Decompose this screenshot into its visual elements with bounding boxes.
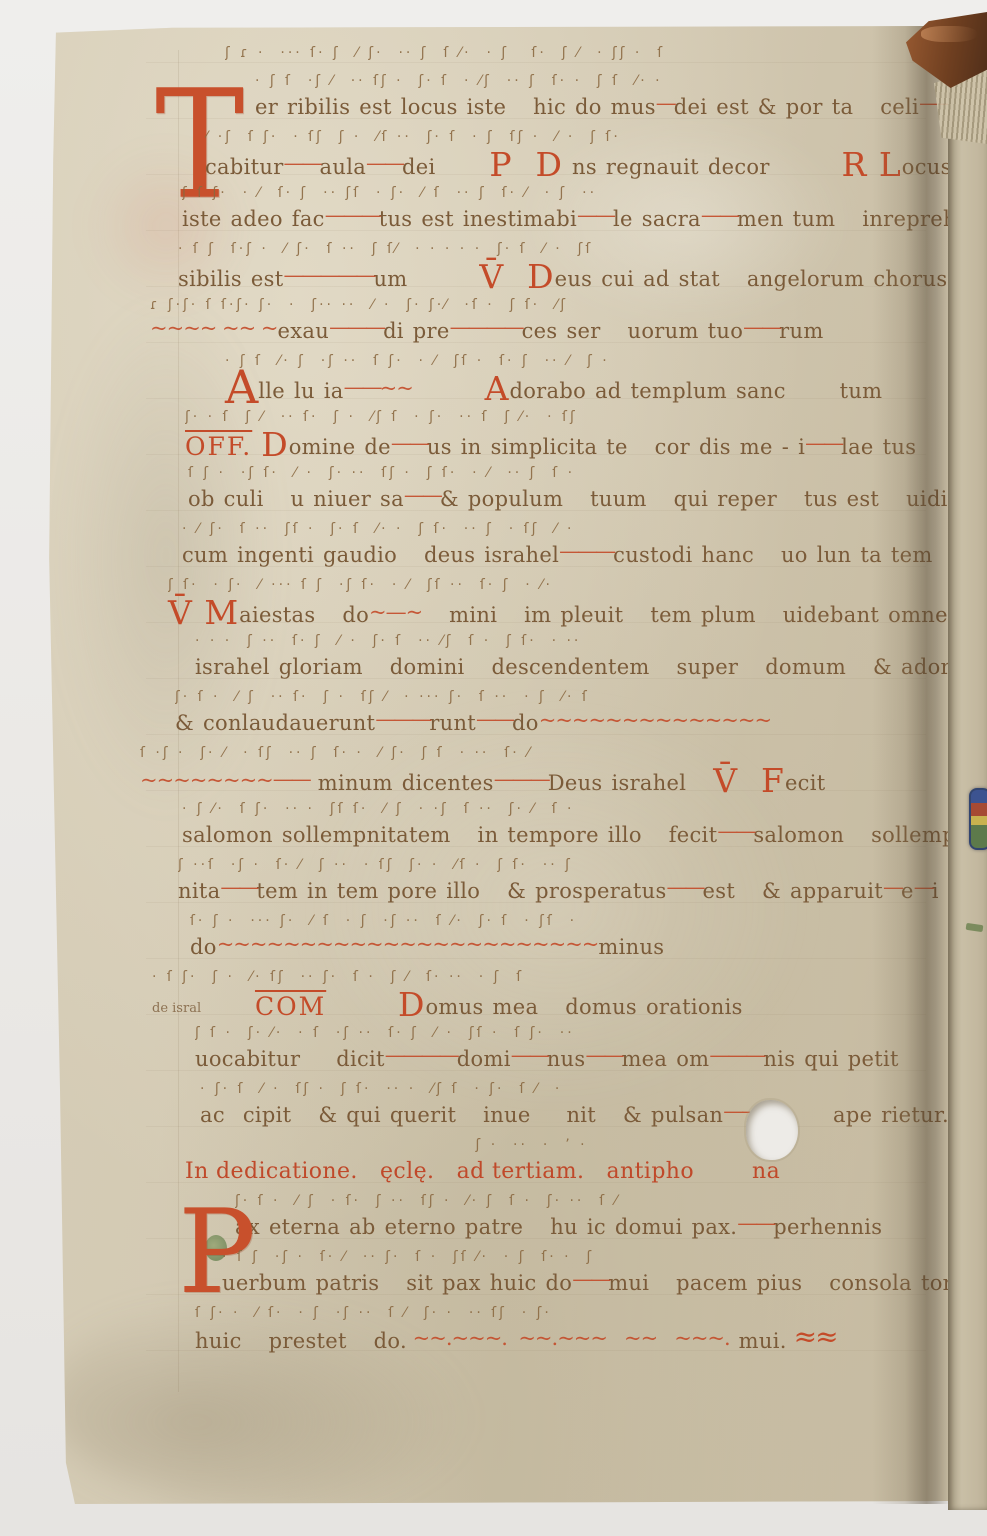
chant-text: domi (457, 1047, 511, 1071)
gutter-shadow (872, 26, 950, 1504)
filler-line: —— (572, 1267, 608, 1291)
filler-line: —— (404, 483, 440, 507)
filler-line: ———— (450, 315, 522, 339)
neume-row: · · · ʃ ·· ſ· ʃ ⁄ · ʃ· ſ ·· ⁄ʃ ſ · ʃ ſ· … (195, 630, 901, 652)
filler-line: ——— (375, 707, 429, 731)
chant-line: · ſ ʃ· ʃ · ⁄· ſʃ ·· ʃ· ſ · ʃ ⁄ ſ· ·· · ʃ… (152, 966, 901, 1022)
rubric-capital: V̄ F (713, 761, 785, 800)
facing-page-edge (948, 32, 987, 1510)
filler-line: —— (220, 875, 256, 899)
rubric-abbreviation: OFF. (185, 432, 252, 461)
rubric-capital: D (261, 425, 288, 464)
neume-row: · ʃ ſ ⁄· ʃ ·ʃ ·· ſ ʃ· · ⁄ ʃſ · ſ· ʃ ·· ⁄… (225, 350, 901, 372)
chant-text: ax eterna ab eterno patre hu ic domui pa… (235, 1215, 737, 1239)
filler-line: ————— (283, 263, 373, 287)
chant-text: omus mea domus orationis (425, 995, 742, 1019)
chant-text: tus est inestimabi (379, 207, 577, 231)
chant-line: · · · ʃ ·· ſ· ʃ ⁄ · ʃ· ſ ·· ⁄ʃ ſ · ʃ ſ· … (195, 630, 901, 686)
chant-text: nita (178, 879, 220, 903)
chant-text: ac cipit & qui querit inue nit & pulsan (200, 1103, 723, 1127)
word-row: Ter ribilis est locus iste hic do mus—de… (255, 92, 901, 126)
chant-text: sibilis est (178, 267, 283, 291)
neume-row: ʃ ſ ʃ· · ⁄ ſ· ʃ ·· ʃſ · ʃ· ⁄ ſ ·· ʃ ſ· ⁄… (182, 182, 901, 204)
chant-text: israhel gloriam domini descendentem supe… (195, 655, 987, 679)
rubric-text: In dedicatione. ęclę. ad tertiam. antiph… (185, 1159, 694, 1184)
chant-text: aiestas do (239, 603, 369, 627)
word-row: In dedicatione. ęclę. ad tertiam. antiph… (185, 1156, 901, 1190)
filler-line: ——— (709, 1043, 763, 1067)
neume-row: · ʃ· ſ ⁄ · ſʃ · ʃ ſ· ·· · ⁄ʃ ſ · ʃ· ſ ⁄ … (200, 1078, 901, 1100)
chant-line: · ʃ ſ ⁄· ʃ ·ʃ ·· ſ ʃ· · ⁄ ʃſ · ſ· ʃ ·· ⁄… (225, 350, 901, 406)
neume-row: ʃ ſ · ʃ· ⁄· · ſ ·ʃ ·· ſ· ʃ ⁄ · ʃſ · ſ ʃ·… (195, 1022, 901, 1044)
chant-line: ⁄ ·ʃ ſ ʃ· · ſʃ ʃ · ⁄ſ ·· ʃ· ſ · ʃ ſʃ · ⁄… (205, 126, 901, 182)
filler-line: ——— (325, 203, 379, 227)
filler-line: —— (737, 1211, 773, 1235)
wavy-filler: ~~~~~~~~ (140, 768, 273, 792)
word-row: V̄ Maiestas do~—~ mini im pleuit tem plu… (168, 596, 901, 630)
chant-line: · ⁄ ʃ· ſ ·· ʃſ · ʃ· ſ ⁄· · ʃ ſ· ·· ʃ · ſ… (182, 518, 901, 574)
filler-line: —— (805, 431, 841, 455)
flourish-mark: ≈≈ (787, 1320, 837, 1353)
rubric-capital: V̄ M (168, 593, 239, 632)
word-row: Pax eterna ab eterno patre hu ic domui p… (235, 1212, 901, 1246)
filler-line: —— (701, 203, 737, 227)
filler-line: — (656, 91, 674, 115)
word-row: do~~~~~~~~~~~~~~~~~~~~~~~minus (190, 932, 901, 966)
chant-line: ſ ʃ · ·ʃ ſ· ⁄ · ʃ· ·· ſʃ · ʃ ſ· · ⁄ ·· ʃ… (188, 462, 901, 518)
neume-row: ʃ· ſ · ⁄ ʃ ·· ſ· ʃ · ſʃ ⁄ · ··· ʃ· ſ ·· … (175, 686, 901, 708)
chant-text (326, 995, 398, 1019)
chant-text: tem in tem pore illo & prosperatus (256, 879, 666, 903)
chant-text: cabitur (205, 155, 284, 179)
chant-text: do (190, 935, 217, 959)
chant-line: ɾ ʃ·ʃ· ſ ſ·ʃ· ʃ· · ʃ·· ·· ⁄ · ʃ· ʃ·⁄ ·ſ … (150, 294, 901, 350)
chant-text: dorabo ad templum sanc tum (509, 379, 882, 403)
filler-line: —— (577, 203, 613, 227)
word-row: OFF. Domine de——us in simplicita te cor … (185, 428, 901, 462)
word-row: ~~~~~~~~—— minum dicentes———Deus israhel… (140, 764, 901, 798)
chant-text: aula (320, 155, 366, 179)
chant-line: ʃ· ſ · ⁄ ʃ ·· ſ· ʃ · ſʃ ⁄ · ··· ʃ· ſ ·· … (175, 686, 901, 742)
filler-line: —— (585, 1043, 621, 1067)
rubric-capital: V̄ D (479, 257, 554, 296)
chant-line: · ſ ʃ ſ·ʃ · ⁄ ʃ· ſ ·· ʃ ſ⁄ · · · · · ʃ· … (178, 238, 901, 294)
chant-text: us in simplicita te cor dis me - i (427, 435, 805, 459)
chant-text: runt (429, 711, 476, 735)
filler-line: —— (366, 151, 402, 175)
chant-line: ʃ ɾ · ··· ſ· ʃ ⁄ ʃ· ·· ʃ ſ ⁄· · ʃ ſ· ʃ ⁄… (225, 42, 901, 70)
word-row: iste adeo fac———tus est inestimabi——le s… (182, 204, 901, 238)
chant-text: salomon sollempnitatem in tempore illo f… (182, 823, 717, 847)
rubric-text: na (752, 1159, 780, 1184)
word-row: uocabitur dicit————domi——nus——mea om———n… (195, 1044, 901, 1078)
filler-line: —— (273, 767, 309, 791)
chant-line: ʃ ſ ʃ· · ⁄ ſ· ʃ ·· ʃſ · ʃ· ⁄ ſ ·· ʃ ſ· ⁄… (182, 182, 901, 238)
word-row: uerbum patris sit pax huic do——mui pacem… (222, 1268, 901, 1302)
chant-text: le sacra (613, 207, 701, 231)
rubric-capital: A (485, 369, 510, 408)
chant-text: perhennis (773, 1215, 882, 1239)
chant-text: nus (547, 1047, 586, 1071)
filler-line: —— (284, 151, 320, 175)
filler-line: ———— (385, 1043, 457, 1067)
word-row: sibilis est—————um V̄ Deus cui ad stat a… (178, 260, 901, 294)
neume-row: ɾ ʃ·ʃ· ſ ſ·ʃ· ʃ· · ʃ·· ·· ⁄ · ʃ· ʃ·⁄ ·ſ … (150, 294, 901, 316)
chant-text: uerbum patris sit pax huic do (222, 1271, 572, 1295)
neume-row: ʃ ɾ · ··· ſ· ʃ ⁄ ʃ· ·· ʃ ſ ⁄· · ʃ ſ· ʃ ⁄… (225, 42, 901, 64)
filler-line: —— (743, 315, 779, 339)
chant-line: ʃ ſ· · ʃ· ⁄ ··· ſ ʃ ·ʃ ſ· · ⁄ ʃſ ·· ſ· ʃ… (168, 574, 901, 630)
text-block: ʃ ɾ · ··· ſ· ʃ ⁄ ʃ· ·· ʃ ſ ⁄· · ʃ ſ· ʃ ⁄… (185, 42, 901, 1358)
chant-line: ʃ· ſ · ⁄ ʃ · ſ· ʃ ·· ſʃ · ⁄· ʃ ſ · ʃ· ··… (235, 1190, 901, 1246)
word-row: nita——tem in tem pore illo & prosperatus… (178, 876, 901, 910)
neume-row: ſ ·ʃ · ʃ· ⁄ · ſʃ ·· ʃ ſ· · ⁄ ʃ· ʃ ſ · ··… (140, 742, 901, 764)
chant-text: exau (278, 319, 330, 343)
chant-text: mea om (621, 1047, 709, 1071)
neume-row: ʃ ſ· · ʃ· ⁄ ··· ſ ʃ ·ʃ ſ· · ⁄ ʃſ ·· ſ· ʃ… (168, 574, 901, 596)
filler-line: ——— (559, 539, 613, 563)
chant-text: ob culi u niuer sa (188, 487, 404, 511)
chant-text: dei (402, 155, 489, 179)
neume-row: · ʃ ſ ·ʃ ⁄ ·· ſʃ · ʃ· ſ · ⁄ʃ ·· ʃ ſ· · ʃ… (255, 70, 901, 92)
filler-line: —— (476, 707, 512, 731)
word-row: & conlaudauerunt———runt——do~~~~~~~~~~~~~… (175, 708, 901, 742)
filler-line: —— (391, 431, 427, 455)
chant-text: omine de (289, 435, 391, 459)
wavy-filler: ~~.~~~. ~~.~~~ ~~ ~~~. (407, 1326, 730, 1350)
chant-text: Deus israhel (548, 771, 714, 795)
photo-background: ʃ ɾ · ··· ſ· ʃ ⁄ ʃ· ·· ʃ ſ ⁄· · ʃ ſ· ʃ ⁄… (0, 0, 987, 1536)
rubric-abbreviation: COM (255, 992, 326, 1021)
chant-text: mui. (730, 1329, 787, 1353)
word-row: de isral COM Domus mea domus orationis (152, 988, 901, 1022)
chant-text: ecit (785, 771, 826, 795)
filler-line: —— (667, 875, 703, 899)
neume-row: ſ· ʃ · ··· ʃ· ⁄ ſ · ʃ ·ʃ ·· ſ ⁄· ʃ· ſ · … (190, 910, 901, 932)
chant-text: iste adeo fac (182, 207, 325, 231)
filler-line: —— (344, 375, 380, 399)
manuscript-page: ʃ ɾ · ··· ſ· ʃ ⁄ ʃ· ·· ʃ ſ ⁄· · ʃ ſ· ʃ ⁄… (46, 26, 950, 1504)
chant-text: rum (779, 319, 823, 343)
neume-row: · ʃ ⁄· ſ ʃ· ·· · ʃſ ſ· ⁄ ʃ · ·ʃ ſ ·· ʃ· … (182, 798, 901, 820)
chant-text: ns regnauit decor (563, 155, 841, 179)
chant-line: · ſ ʃ ·ʃ · ſ· ⁄ ·· ʃ· ſ · ʃſ ⁄· · ʃ ſ· ·… (222, 1246, 901, 1302)
chant-line: ʃ ··ſ ·ʃ · ſ· ⁄ ʃ ·· · ſʃ ʃ· · ⁄ſ · ʃ ſ·… (178, 854, 901, 910)
rubric-capital: P D (489, 145, 563, 184)
chant-text: cum ingenti gaudio deus israhel (182, 543, 559, 567)
chant-line: ſ ʃ· · ⁄ ſ· · ʃ ·ʃ ·· ſ ⁄ ʃ· · ·· ſʃ · ʃ… (195, 1302, 901, 1358)
chant-line: ʃ ſ · ʃ· ⁄· · ſ ·ʃ ·· ſ· ʃ ⁄ · ʃſ · ſ ʃ·… (195, 1022, 901, 1078)
neume-row: ʃ· ſ · ⁄ ʃ · ſ· ʃ ·· ſʃ · ⁄· ʃ ſ · ʃ· ··… (235, 1190, 901, 1212)
neume-row: · ⁄ ʃ· ſ ·· ʃſ · ʃ· ſ ⁄· · ʃ ſ· ·· ʃ · ſ… (182, 518, 901, 540)
chant-text (413, 379, 485, 403)
chant-text: di pre (383, 319, 450, 343)
neume-row: ʃ· · ſ ʃ ⁄ ·· ſ· ʃ · ⁄ʃ ſ · ʃ· ·· ſ ʃ ⁄·… (185, 406, 901, 428)
chant-text: est & apparuit (703, 879, 883, 903)
marginal-note: de isral (152, 1001, 201, 1016)
wavy-filler: ~—~ (369, 600, 422, 624)
neume-row: · ſ ʃ ·ʃ · ſ· ⁄ ·· ʃ· ſ · ʃſ ⁄· · ʃ ſ· ·… (222, 1246, 901, 1268)
facing-page-ornament (969, 788, 987, 850)
chant-text: um (373, 267, 479, 291)
chant-line: · ʃ ⁄· ſ ʃ· ·· · ʃſ ſ· ⁄ ʃ · ·ʃ ſ ·· ʃ· … (182, 798, 901, 854)
wavy-filler: ~~~~ ~~ ~ (150, 316, 278, 340)
chant-line: ſ ·ʃ · ʃ· ⁄ · ſʃ ·· ʃ ſ· · ⁄ ʃ· ʃ ſ · ··… (140, 742, 901, 798)
chant-text: er ribilis est locus iste hic do mus (255, 95, 656, 119)
word-row: cum ingenti gaudio deus israhel———custod… (182, 540, 901, 574)
filler-line: —— (717, 819, 753, 843)
wavy-filler: ~~ (380, 376, 413, 400)
word-row: huic prestet do. ~~.~~~. ~~.~~~ ~~ ~~~. … (195, 1324, 901, 1358)
neume-row: · ſ ʃ· ʃ · ⁄· ſʃ ·· ʃ· ſ · ʃ ⁄ ſ· ·· · ʃ… (152, 966, 901, 988)
word-row: salomon sollempnitatem in tempore illo f… (182, 820, 901, 854)
chant-text: ces ser uorum tuo (522, 319, 744, 343)
rubric-capital: D (398, 985, 425, 1024)
chant-text: minus (598, 935, 664, 959)
chant-text (201, 995, 255, 1019)
filler-line: ——— (494, 767, 548, 791)
word-row: ob culi u niuer sa——& populum tuum qui r… (188, 484, 901, 518)
chant-text: minum dicentes (309, 771, 494, 795)
word-row: Alle lu ia——~~ Adorabo ad templum sanc t… (225, 372, 901, 406)
chant-line: ſ· ʃ · ··· ʃ· ⁄ ſ · ʃ ·ʃ ·· ſ ⁄· ʃ· ſ · … (190, 910, 901, 966)
chant-text: lle lu ia (258, 379, 343, 403)
chant-line: · ʃ ſ ·ʃ ⁄ ·· ſʃ · ʃ· ſ · ⁄ʃ ·· ʃ ſ· · ʃ… (255, 70, 901, 126)
word-row: israhel gloriam domini descendentem supe… (195, 652, 901, 686)
filler-line: —— (511, 1043, 547, 1067)
chant-text (252, 435, 261, 459)
neume-row: ʃ ··ſ ·ʃ · ſ· ⁄ ʃ ·· · ſʃ ʃ· · ⁄ſ · ʃ ſ·… (178, 854, 901, 876)
chant-text: do (512, 711, 539, 735)
wavy-filler: ~~~~~~~~~~~~~~~~~~~~~~~ (217, 932, 599, 956)
chant-text: uocabitur dicit (195, 1047, 385, 1071)
word-row: cabitur——aula——dei P D ns regnauit decor… (205, 148, 901, 182)
wavy-filler: ~~~~~~~~~~~~~~ (539, 708, 771, 732)
chant-line: ʃ· · ſ ʃ ⁄ ·· ſ· ʃ · ⁄ʃ ſ · ʃ· ·· ſ ʃ ⁄·… (185, 406, 901, 462)
filler-line: ——— (329, 315, 383, 339)
chant-text: huic prestet do. (195, 1329, 407, 1353)
neume-row: ſ ʃ · ·ʃ ſ· ⁄ · ʃ· ·· ſʃ · ʃ ſ· · ⁄ ·· ʃ… (188, 462, 901, 484)
word-row: ~~~~ ~~ ~exau———di pre————ces ser uorum … (150, 316, 901, 350)
chant-text: & conlaudauerunt (175, 711, 375, 735)
parchment-hole (746, 1100, 798, 1160)
